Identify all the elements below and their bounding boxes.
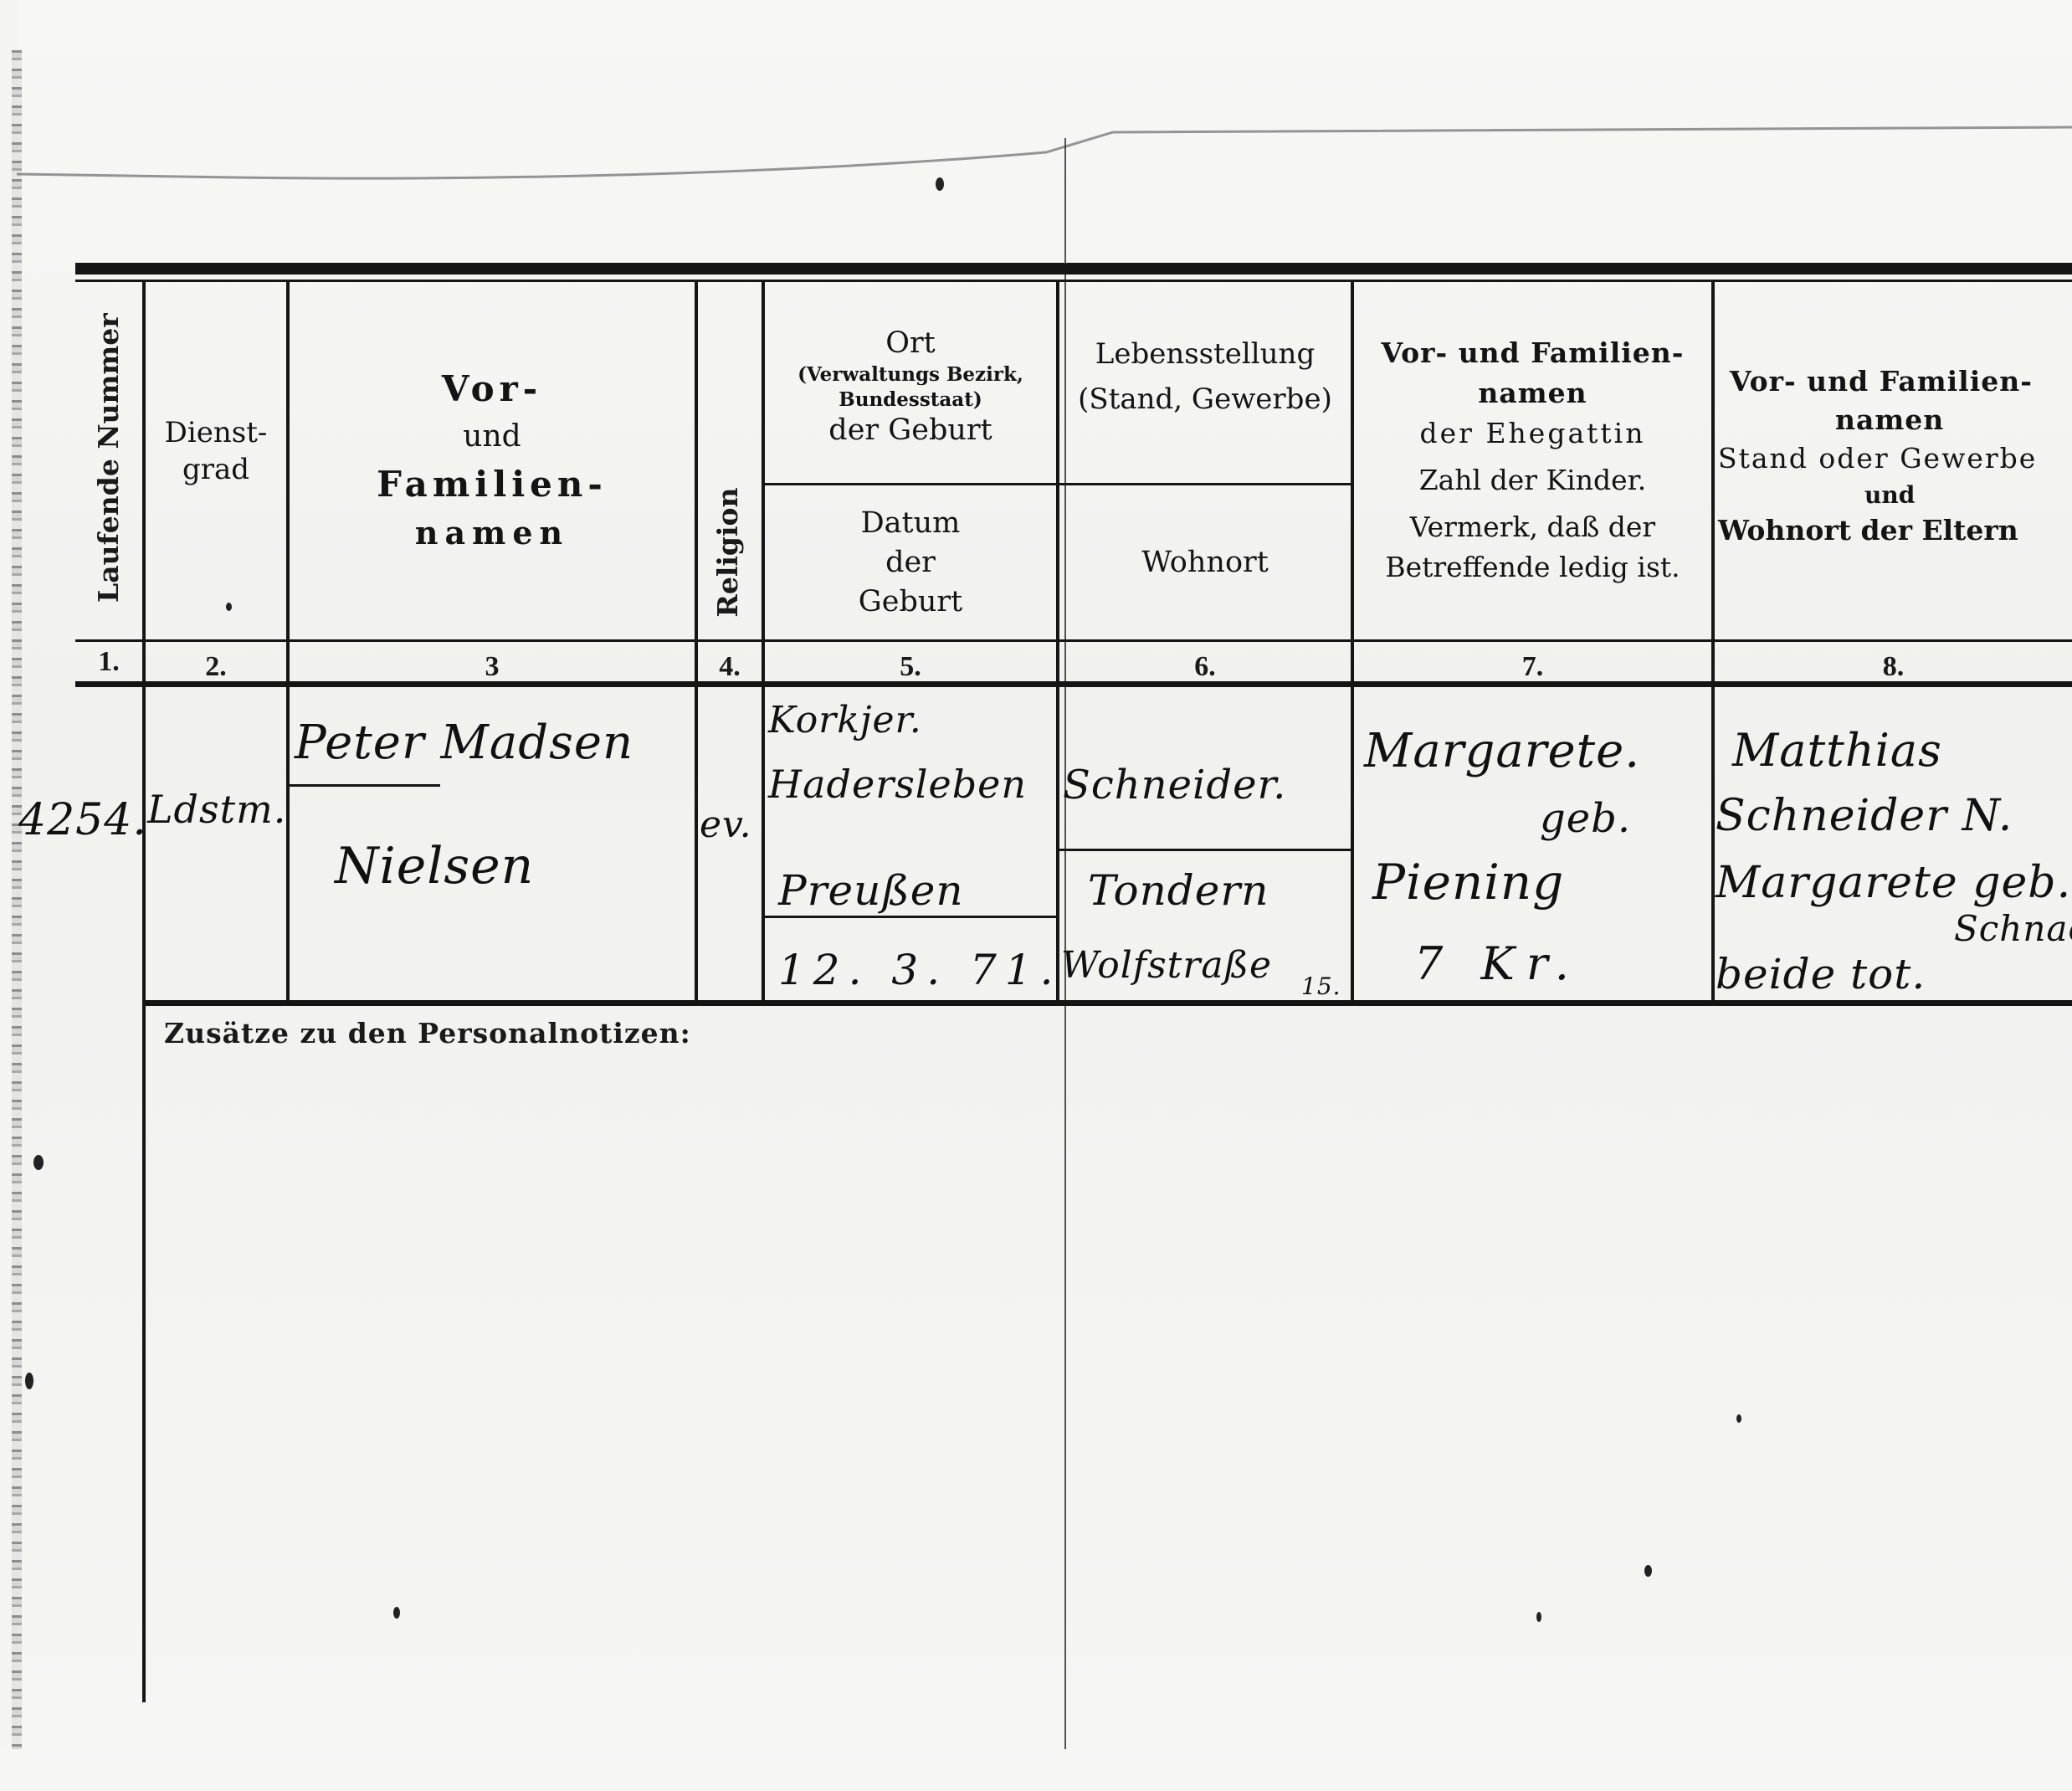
header-line: der Ehegattin: [1420, 413, 1646, 454]
header-line: Wohnort der Eltern: [1718, 511, 2018, 550]
header-line: (Stand, Gewerbe): [1078, 377, 1332, 422]
entry-ehegattin-1: Margarete.: [1364, 724, 1640, 778]
header-lebensstellung: Lebensstellung (Stand, Gewerbe): [1059, 310, 1351, 444]
top-thick-rule: [75, 263, 2072, 275]
col6-entry-divider: [1059, 849, 1351, 851]
entry-geburtsort-1: Korkjer.: [768, 699, 922, 742]
header-line: der: [885, 543, 936, 582]
col5-entry-divider: [765, 916, 1056, 918]
header-line: Lebensstellung: [1095, 331, 1315, 377]
header-wohnort: Wohnort: [1059, 490, 1351, 636]
scan-speck: [1736, 1414, 1741, 1423]
scan-speck: [393, 1607, 400, 1619]
header-line: Geburt: [859, 582, 962, 622]
header-dienstgrad: Dienst- grad: [146, 385, 286, 519]
entry-wohnort-hausnummer: 15.: [1301, 972, 1341, 1000]
header-line: namen: [415, 510, 569, 556]
paper-left-edge: [12, 50, 22, 1749]
entry-dienstgrad: Ldstm.: [147, 787, 286, 832]
header-line: und: [463, 415, 521, 459]
entry-wohnort: Tondern: [1088, 866, 1269, 915]
scan-speck: [936, 177, 944, 191]
scan-speck: [1536, 1612, 1541, 1622]
col-number-5: 5.: [765, 651, 1056, 683]
header-geburtsort: Ort (Verwaltungs Bezirk, Bundesstaat) de…: [765, 293, 1056, 481]
col-number-2: 2.: [146, 651, 286, 683]
entry-stand: Schneider.: [1063, 762, 1286, 808]
header-religion: Religion: [711, 485, 745, 619]
col-number-4: 4.: [698, 651, 762, 683]
entry-kinder: 7 Kr.: [1414, 937, 1581, 990]
entry-eltern-3: Margarete geb.: [1716, 858, 2071, 908]
entry-religion: ev.: [700, 803, 752, 846]
scan-speck: [1644, 1565, 1652, 1577]
entry-geburtsort-2: Hadersleben: [768, 762, 1027, 807]
entry-geburtsort-3: Preußen: [778, 866, 964, 915]
header-line: Familien-: [377, 459, 608, 511]
entry-eltern-4: beide tot.: [1716, 950, 1926, 998]
col-number-7: 7.: [1354, 651, 1711, 683]
header-line: Bundesstaat): [839, 387, 982, 412]
col-number-8: 8.: [1715, 651, 2072, 683]
col-number-3: 3: [290, 651, 695, 683]
entry-eltern-2: Schneider N.: [1716, 791, 2013, 841]
entry-eltern-1: Matthias: [1732, 724, 1942, 777]
header-line: Betreffende ledig ist.: [1385, 547, 1680, 588]
scan-speck: [33, 1155, 44, 1170]
col-border-3-4: [695, 280, 698, 1003]
scan-speck: [25, 1373, 33, 1389]
top-thin-rule: [75, 280, 2072, 282]
col5-header-divider: [765, 483, 1056, 485]
header-line: Vor- und Familien-: [1382, 333, 1685, 373]
entry-vorname: Peter Madsen: [295, 716, 633, 770]
header-line: Zahl der Kinder.: [1419, 460, 1647, 500]
header-laufende-nummer: Laufende Nummer: [92, 318, 126, 603]
entry-laufende-nummer: 4254.: [18, 795, 147, 845]
entry-ehegattin-3: Piening: [1372, 854, 1564, 911]
vorname-underline: [290, 784, 440, 787]
header-line: Vor- und Familien-: [1730, 362, 2033, 401]
scan-bottom-margin: [0, 1749, 2072, 1791]
header-namen: Vor- und Familien- namen: [290, 335, 695, 586]
header-line: Vermerk, daß der: [1410, 507, 1655, 547]
header-line: namen: [1835, 401, 1944, 439]
header-line: Vor-: [442, 364, 542, 415]
header-geburtsdatum: Datum der Geburt: [765, 490, 1056, 636]
entry-geburtsdatum: 12. 3. 71.: [778, 946, 1062, 994]
scan-speck: [226, 603, 232, 611]
col-number-1: 1.: [79, 646, 138, 678]
header-line: namen: [1478, 373, 1587, 413]
header-line: und: [1864, 479, 1915, 511]
header-line: grad: [182, 452, 249, 489]
entry-bottom-thick-rule: [142, 1000, 2072, 1006]
header-eltern: Vor- und Familien- namen Stand oder Gewe…: [1715, 335, 2072, 577]
entry-eltern-insert: Schnack: [1954, 908, 2072, 949]
header-ehegattin: Vor- und Familien- namen der Ehegattin Z…: [1354, 301, 1711, 619]
header-line: Ort: [885, 325, 936, 362]
header-line: (Verwaltungs Bezirk,: [798, 362, 1023, 387]
entry-ehegattin-2: geb.: [1540, 795, 1631, 842]
header-line: Wohnort: [1141, 544, 1269, 582]
header-line: Stand oder Gewerbe: [1718, 439, 2037, 478]
entry-familienname: Nielsen: [335, 837, 534, 895]
fold-crease: [17, 126, 2072, 218]
entry-wohnort-strasse: Wolfstraße: [1061, 944, 1272, 987]
header-line: Dienst-: [165, 415, 268, 452]
header-line: Datum: [861, 504, 961, 543]
number-row-top-rule: [75, 639, 2072, 642]
zusaetze-label: Zusätze zu den Personalnotizen:: [164, 1017, 691, 1049]
col6-header-divider: [1059, 483, 1351, 485]
header-line: der Geburt: [828, 412, 992, 449]
col-number-6: 6.: [1059, 651, 1351, 683]
